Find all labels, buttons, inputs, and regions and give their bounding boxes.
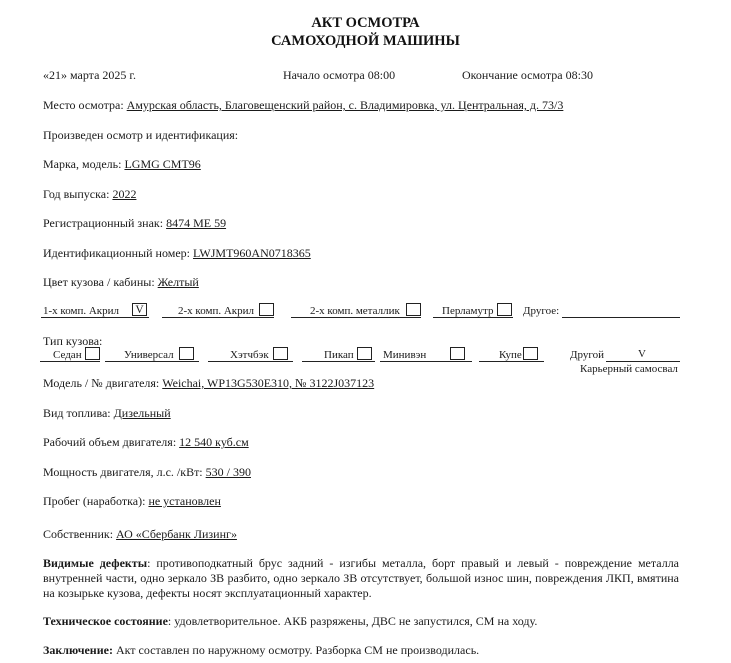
paint-option-checkbox[interactable]	[406, 303, 421, 316]
body-type-checkbox[interactable]	[450, 347, 465, 360]
field-location: Место осмотра: Амурская область, Благове…	[43, 98, 563, 112]
field-value: 12 540 куб.см	[179, 435, 249, 449]
paint-option-checkbox[interactable]: V	[132, 303, 147, 316]
field-value: 8474 МЕ 59	[166, 216, 226, 230]
field-label: Рабочий объем двигателя:	[43, 435, 179, 449]
field-value: LWJMT960AN0718365	[193, 246, 311, 260]
field-vin: Идентификационный номер: LWJMT960AN07183…	[43, 246, 311, 260]
field-value: 2022	[112, 187, 136, 201]
conclusion: Заключение: Акт составлен по наружному о…	[43, 643, 479, 657]
defects-label: Видимые дефекты	[43, 556, 147, 570]
body-type-checkbox[interactable]	[523, 347, 538, 360]
body-type-option-label: Седан	[53, 348, 82, 362]
visible-defects-paragraph: Видимые дефекты: противоподкатный брус з…	[43, 556, 679, 601]
field-label: Марка, модель:	[43, 157, 124, 171]
field-label: Вид топлива:	[43, 406, 114, 420]
field-fuel: Вид топлива: Дизельный	[43, 406, 171, 420]
body-type-option-label: Пикап	[324, 348, 354, 362]
field-make-model: Марка, модель: LGMG CMT96	[43, 157, 201, 171]
paint-option-label: Другое:	[523, 304, 559, 318]
inspection-start-time: Начало осмотра 08:00	[283, 68, 395, 82]
field-displacement: Рабочий объем двигателя: 12 540 куб.см	[43, 435, 249, 449]
paint-other-input-line[interactable]	[562, 317, 680, 318]
field-label: Год выпуска:	[43, 187, 112, 201]
body-type-checkbox[interactable]	[357, 347, 372, 360]
field-label: Идентификационный номер:	[43, 246, 193, 260]
technical-state: Техническое состояние: удовлетворительно…	[43, 614, 537, 628]
body-type-checkbox[interactable]	[179, 347, 194, 360]
field-value: не установлен	[148, 494, 220, 508]
field-value: 530 / 390	[206, 465, 251, 479]
field-label: Цвет кузова / кабины:	[43, 275, 158, 289]
field-value: Weichai, WP13G530E310, № 3122J037123	[162, 376, 374, 390]
field-power: Мощность двигателя, л.с. /кВт: 530 / 390	[43, 465, 251, 479]
paint-option-label: 1-х комп. Акрил	[43, 304, 119, 318]
field-label: Регистрационный знак:	[43, 216, 166, 230]
tech-state-label: Техническое состояние	[43, 614, 168, 628]
field-color: Цвет кузова / кабины: Желтый	[43, 275, 199, 289]
paint-option-checkbox[interactable]	[259, 303, 274, 316]
field-value: Амурская область, Благовещенский район, …	[127, 98, 564, 112]
document-title-line2: САМОХОДНОЙ МАШИНЫ	[0, 33, 731, 50]
body-type-other-label: Другой	[570, 348, 604, 362]
field-label: Мощность двигателя, л.с. /кВт:	[43, 465, 206, 479]
field-label: Место осмотра:	[43, 98, 127, 112]
field-owner: Собственник: АО «Сбербанк Лизинг»	[43, 527, 237, 541]
field-value: LGMG CMT96	[124, 157, 200, 171]
body-type-checkbox[interactable]	[85, 347, 100, 360]
field-label: Пробег (наработка):	[43, 494, 148, 508]
field-reg-plate: Регистрационный знак: 8474 МЕ 59	[43, 216, 226, 230]
field-mileage: Пробег (наработка): не установлен	[43, 494, 221, 508]
paint-option-label: Перламутр	[442, 304, 493, 318]
body-type-option-label: Хэтчбэк	[230, 348, 269, 362]
body-type-other-mark: V	[638, 347, 646, 361]
body-type-option-label: Минивэн	[383, 348, 426, 362]
body-type-option-label: Купе	[499, 348, 522, 362]
tech-state-text: : удовлетворительное. АКБ разряжены, ДВС…	[168, 614, 537, 628]
field-value: Дизельный	[114, 406, 171, 420]
paint-option-label: 2-х комп. металлик	[310, 304, 400, 318]
field-year: Год выпуска: 2022	[43, 187, 136, 201]
paint-option-checkbox[interactable]	[497, 303, 512, 316]
conclusion-label: Заключение:	[43, 643, 113, 657]
inspection-note: Произведен осмотр и идентификация:	[43, 128, 238, 142]
body-type-other-value: Карьерный самосвал	[580, 362, 678, 376]
body-type-label: Тип кузова:	[43, 334, 102, 348]
field-engine-model: Модель / № двигателя: Weichai, WP13G530E…	[43, 376, 374, 390]
field-label: Собственник:	[43, 527, 116, 541]
paint-option-label: 2-х комп. Акрил	[178, 304, 254, 318]
field-label: Модель / № двигателя:	[43, 376, 162, 390]
body-type-checkbox[interactable]	[273, 347, 288, 360]
field-value: АО «Сбербанк Лизинг»	[116, 527, 237, 541]
inspection-date: «21» марта 2025 г.	[43, 68, 136, 82]
document-title-line1: АКТ ОСМОТРА	[0, 15, 731, 32]
conclusion-text: Акт составлен по наружному осмотру. Разб…	[113, 643, 479, 657]
inspection-end-time: Окончание осмотра 08:30	[462, 68, 593, 82]
body-type-option-label: Универсал	[124, 348, 174, 362]
field-value: Желтый	[158, 275, 199, 289]
